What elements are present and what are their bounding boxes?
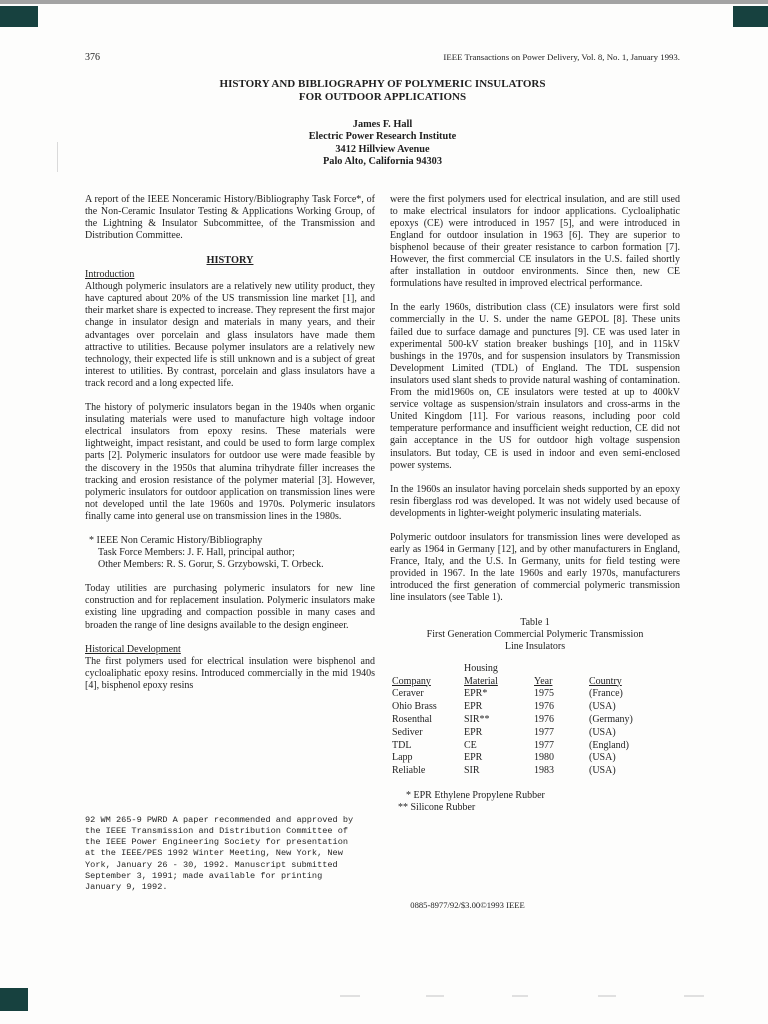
taskforce-footnote-line2: Task Force Members: J. F. Hall, principa… [98, 547, 375, 559]
scan-corner-marker-bottom-left [0, 988, 28, 1011]
table-footnotes: * EPR Ethylene Propylene Rubber ** Silic… [390, 790, 680, 814]
column-right: were the first polymers used for electri… [390, 194, 680, 894]
table-cell: 1975 [534, 688, 589, 701]
taskforce-footnote-line3: Other Members: R. S. Gorur, S. Grzybowsk… [98, 559, 375, 571]
scan-artifact-dash [684, 995, 704, 997]
table-cell: TDL [392, 740, 464, 753]
table-caption: Table 1 First Generation Commercial Poly… [390, 617, 680, 654]
paper-title-line2: FOR OUTDOOR APPLICATIONS [85, 91, 680, 104]
taskforce-footnote-line1: * IEEE Non Ceramic History/Bibliography [89, 535, 375, 547]
historical-development-paragraph: The first polymers used for electrical i… [85, 656, 375, 692]
introduction-paragraph: Although polymeric insulators are a rela… [85, 281, 375, 390]
table-row: CeraverEPR*1975(France) [392, 688, 680, 701]
taskforce-footnote: * IEEE Non Ceramic History/Bibliography … [89, 535, 375, 571]
section-heading-history: HISTORY [85, 255, 375, 267]
scan-edge-bar [0, 0, 768, 4]
table-cell: (England) [589, 740, 680, 753]
scan-artifact-dash [512, 995, 528, 997]
table-grid: Housing Company Material Year Country Ce… [392, 663, 680, 778]
table-cell: Ceraver [392, 688, 464, 701]
page-content: 376 IEEE Transactions on Power Delivery,… [85, 52, 680, 894]
table-cell: CE [464, 740, 534, 753]
table-row: SediverEPR1977(USA) [392, 727, 680, 740]
table-cell: Lapp [392, 752, 464, 765]
table-cell: EPR [464, 701, 534, 714]
table-row: RosenthalSIR**1976(Germany) [392, 714, 680, 727]
table-caption-title-line2: Line Insulators [390, 641, 680, 653]
scan-corner-marker-top-right [733, 6, 768, 27]
two-column-body: A report of the IEEE Nonceramic History/… [85, 194, 680, 894]
table-cell: EPR* [464, 688, 534, 701]
scanned-paper-page: 376 IEEE Transactions on Power Delivery,… [0, 0, 768, 1024]
scan-artifact-dash [426, 995, 444, 997]
table-caption-title-line1: First Generation Commercial Polymeric Tr… [390, 629, 680, 641]
table-header-housing: Housing [464, 663, 534, 676]
table-header-country: Country [589, 676, 680, 689]
table-cell: (USA) [589, 727, 680, 740]
table-header-company: Company [392, 676, 464, 689]
scan-artifact-dash [340, 995, 360, 997]
submission-footnote: 92 WM 265-9 PWRD A paper recommended and… [85, 815, 375, 894]
table-footnote-epr: * EPR Ethylene Propylene Rubber [406, 790, 680, 802]
table-row: ReliableSIR1983(USA) [392, 765, 680, 778]
right-paragraph-1: were the first polymers used for electri… [390, 194, 680, 291]
table-cell: (USA) [589, 701, 680, 714]
table-cell: 1976 [534, 701, 589, 714]
author-block: James F. Hall Electric Power Research In… [85, 119, 680, 169]
paper-title-line1: HISTORY AND BIBLIOGRAPHY OF POLYMERIC IN… [85, 78, 680, 91]
table-cell: (USA) [589, 765, 680, 778]
journal-header: IEEE Transactions on Power Delivery, Vol… [443, 52, 680, 62]
author-affiliation: Electric Power Research Institute [85, 131, 680, 143]
table-cell: EPR [464, 752, 534, 765]
report-paragraph: A report of the IEEE Nonceramic History/… [85, 194, 375, 242]
table-cell: 1976 [534, 714, 589, 727]
table-header-material: Material [464, 676, 534, 689]
table-cell: (Germany) [589, 714, 680, 727]
author-address-street: 3412 Hillview Avenue [85, 144, 680, 156]
table-cell: 1977 [534, 727, 589, 740]
right-paragraph-4: Polymeric outdoor insulators for transmi… [390, 532, 680, 605]
running-header: 376 IEEE Transactions on Power Delivery,… [85, 52, 680, 63]
table-cell: 1983 [534, 765, 589, 778]
table-row: LappEPR1980(USA) [392, 752, 680, 765]
right-paragraph-2: In the early 1960s, distribution class (… [390, 302, 680, 471]
today-paragraph: Today utilities are purchasing polymeric… [85, 583, 375, 631]
table-cell: 1980 [534, 752, 589, 765]
scan-artifact-dash [598, 995, 616, 997]
table-row: TDLCE1977(England) [392, 740, 680, 753]
table-caption-label: Table 1 [390, 617, 680, 629]
copyright-line: 0885-8977/92/$3.00©1993 IEEE [170, 900, 765, 910]
author-name: James F. Hall [85, 119, 680, 131]
table-1: Table 1 First Generation Commercial Poly… [390, 617, 680, 815]
subheading-introduction: Introduction [85, 269, 375, 281]
table-cell: Rosenthal [392, 714, 464, 727]
history-paragraph: The history of polymeric insulators bega… [85, 402, 375, 523]
table-cell: SIR** [464, 714, 534, 727]
scan-corner-marker-top-left [0, 6, 38, 27]
table-cell: EPR [464, 727, 534, 740]
author-address-city: Palo Alto, California 94303 [85, 156, 680, 168]
scan-artifact-tick [57, 142, 58, 172]
table-footnote-sir: ** Silicone Rubber [398, 802, 680, 814]
table-row: Ohio BrassEPR1976(USA) [392, 701, 680, 714]
paper-title: HISTORY AND BIBLIOGRAPHY OF POLYMERIC IN… [85, 78, 680, 104]
right-paragraph-3: In the 1960s an insulator having porcela… [390, 484, 680, 520]
table-body: CeraverEPR*1975(France)Ohio BrassEPR1976… [392, 688, 680, 778]
table-cell: (USA) [589, 752, 680, 765]
table-cell: Reliable [392, 765, 464, 778]
column-left: A report of the IEEE Nonceramic History/… [85, 194, 375, 894]
table-header-housing-row: Housing [392, 663, 680, 676]
page-number: 376 [85, 52, 100, 63]
table-cell: SIR [464, 765, 534, 778]
subheading-historical-development: Historical Development [85, 644, 375, 656]
table-header-year: Year [534, 676, 589, 689]
table-header-row: Company Material Year Country [392, 676, 680, 689]
table-cell: 1977 [534, 740, 589, 753]
table-cell: Sediver [392, 727, 464, 740]
table-cell: Ohio Brass [392, 701, 464, 714]
table-cell: (France) [589, 688, 680, 701]
